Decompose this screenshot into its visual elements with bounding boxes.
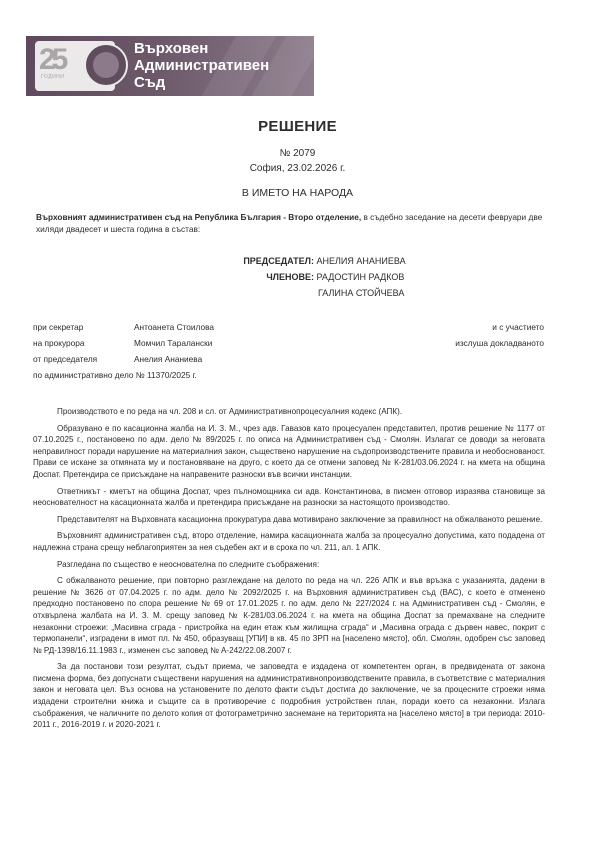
intro-paragraph: Върховният административен съд на Републ… xyxy=(36,212,566,235)
court-name-line: Административен xyxy=(134,57,269,74)
decision-number: № 2079 xyxy=(0,148,595,159)
anniversary-logo: 25 ГОДИНИ xyxy=(35,41,115,91)
participation-text: и с участието xyxy=(400,322,544,332)
heard-report-text: изслуша докладваното xyxy=(400,338,544,348)
chair-label: ПРЕДСЕДАТЕЛ: xyxy=(230,254,314,268)
paragraph: Върховният административен съд, второ от… xyxy=(33,530,545,553)
court-logo-banner: 25 ГОДИНИ Върховен Административен Съд xyxy=(26,36,314,96)
document-title: РЕШЕНИЕ xyxy=(0,118,595,135)
panel-chair: ПРЕДСЕДАТЕЛ: АНЕЛИЯ АНАНИЕВА xyxy=(230,254,406,268)
paragraph: Представителят на Върховната касационна … xyxy=(33,514,545,526)
anniversary-caption: ГОДИНИ xyxy=(41,74,64,80)
paragraph: Ответникът - кметът на община Доспат, чр… xyxy=(33,486,545,509)
lions-emblem-icon xyxy=(93,52,119,78)
court-name-line: Съд xyxy=(134,74,269,91)
decision-body: Производството е по реда на чл. 208 и сл… xyxy=(33,406,545,736)
place-date: София, 23.02.2026 г. xyxy=(0,163,595,174)
paragraph: С обжалваното решение, при повторно разг… xyxy=(33,575,545,656)
court-name-line: Върховен xyxy=(134,40,269,57)
prosecutor-name: Момчил Тараланcки xyxy=(134,338,212,348)
anniversary-number: 25 xyxy=(39,44,64,76)
paragraph: Образувано е по касационна жалба на И. З… xyxy=(33,423,545,481)
secretary-name: Антоанета Стоилова xyxy=(134,322,214,332)
court-name: Върховен Административен Съд xyxy=(134,40,269,91)
members-label: ЧЛЕНОВЕ: xyxy=(230,270,314,284)
member-name: ГАЛИНА СТОЙЧЕВА xyxy=(318,288,404,298)
panel-members: ЧЛЕНОВЕ: РАДОСТИН РАДКОВ xyxy=(230,270,404,284)
reporter-name: Анелия Ананиева xyxy=(134,354,202,364)
court-seal-icon xyxy=(84,43,128,87)
paragraph: Производството е по реда на чл. 208 и сл… xyxy=(33,406,545,418)
in-the-name-of-the-people: В ИМЕТО НА НАРОДА xyxy=(0,187,595,199)
secretary-label: при секретар xyxy=(33,322,83,332)
reporter-label: от председателя xyxy=(33,354,97,364)
paragraph: Разгледана по същество е неоснователна п… xyxy=(33,559,545,571)
court-chamber: Върховният административен съд на Републ… xyxy=(36,212,361,222)
paragraph: За да постанови този резултат, съдът при… xyxy=(33,661,545,731)
case-number-line: по административно дело № 11370/2025 г. xyxy=(33,370,197,380)
prosecutor-label: на прокурора xyxy=(33,338,84,348)
panel-member-2: ГАЛИНА СТОЙЧЕВА xyxy=(318,286,404,300)
chair-name: АНЕЛИЯ АНАНИЕВА xyxy=(317,256,406,266)
member-name: РАДОСТИН РАДКОВ xyxy=(317,272,405,282)
